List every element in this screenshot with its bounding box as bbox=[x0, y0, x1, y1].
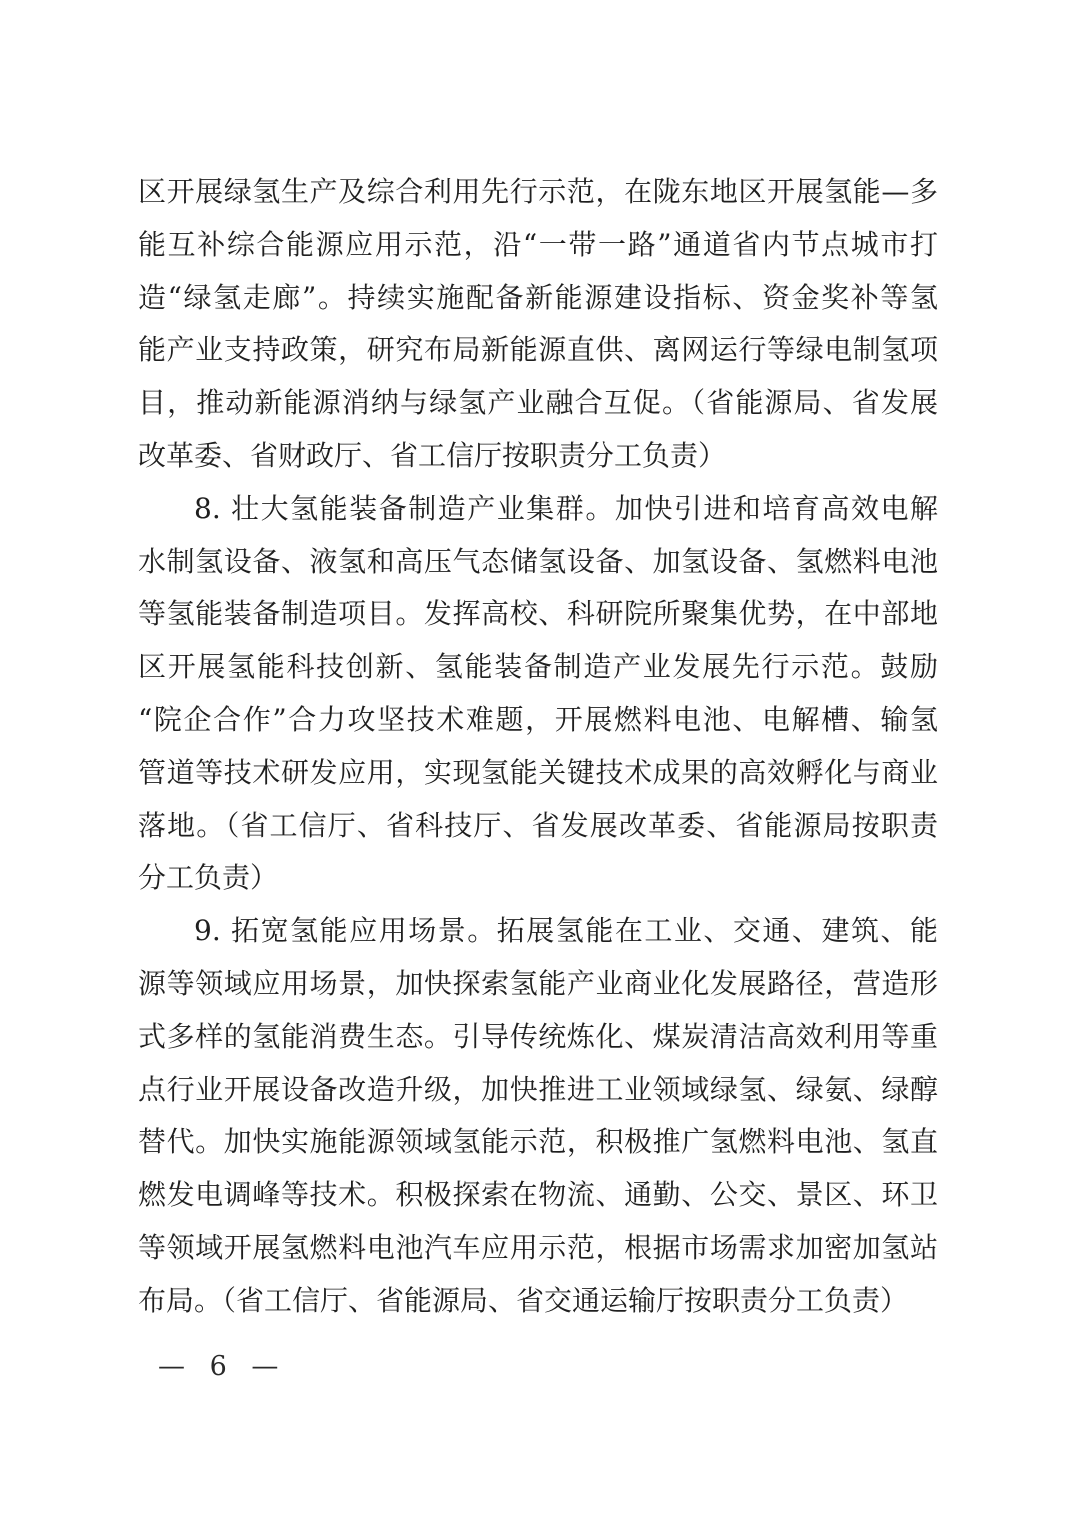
document-page: 区开展绿氢生产及综合利用先行示范，在陇东地区开展氢能—多 能互补综合能源应用示范… bbox=[0, 0, 1080, 1527]
text-line: 落地。（省工信厅、省科技厅、省发展改革委、省能源局按职责 bbox=[138, 800, 938, 853]
text-line: 能产业支持政策，研究布局新能源直供、离网运行等绿电制氢项 bbox=[138, 324, 938, 377]
page-number: — 6 — bbox=[158, 1352, 278, 1382]
text-line: 布局。（省工信厅、省能源局、省交通运输厅按职责分工负责） bbox=[138, 1275, 938, 1328]
text-line: 能互补综合能源应用示范，沿“一带一路”通道省内节点城市打 bbox=[138, 219, 938, 272]
text-line: 燃发电调峰等技术。积极探索在物流、通勤、公交、景区、环卫 bbox=[138, 1169, 938, 1222]
text-line: 造“绿氢走廊”。持续实施配备新能源建设指标、资金奖补等氢 bbox=[138, 272, 938, 325]
body-text: 区开展绿氢生产及综合利用先行示范，在陇东地区开展氢能—多 能互补综合能源应用示范… bbox=[138, 166, 938, 1328]
text-line: 水制氢设备、液氢和高压气态储氢设备、加氢设备、氢燃料电池 bbox=[138, 536, 938, 589]
text-line: 源等领域应用场景，加快探索氢能产业商业化发展路径，营造形 bbox=[138, 958, 938, 1011]
text-line: “院企合作”合力攻坚技术难题，开展燃料电池、电解槽、输氢 bbox=[138, 694, 938, 747]
text-line: 式多样的氢能消费生态。引导传统炼化、煤炭清洁高效利用等重 bbox=[138, 1011, 938, 1064]
text-line: 等领域开展氢燃料电池汽车应用示范，根据市场需求加密加氢站 bbox=[138, 1222, 938, 1275]
text-line: 改革委、省财政厅、省工信厅按职责分工负责） bbox=[138, 430, 938, 483]
text-line: 管道等技术研发应用，实现氢能关键技术成果的高效孵化与商业 bbox=[138, 747, 938, 800]
text-line: 点行业开展设备改造升级，加快推进工业领域绿氢、绿氨、绿醇 bbox=[138, 1064, 938, 1117]
text-line: 等氢能装备制造项目。发挥高校、科研院所聚集优势，在中部地 bbox=[138, 588, 938, 641]
text-line: 区开展氢能科技创新、氢能装备制造产业发展先行示范。鼓励 bbox=[138, 641, 938, 694]
text-line: 目，推动新能源消纳与绿氢产业融合互促。（省能源局、省发展 bbox=[138, 377, 938, 430]
paragraph-9-first-line: 9. 拓宽氢能应用场景。拓展氢能在工业、交通、建筑、能 bbox=[138, 905, 938, 958]
paragraph-8-first-line: 8. 壮大氢能装备制造产业集群。加快引进和培育高效电解 bbox=[138, 483, 938, 536]
text-line: 区开展绿氢生产及综合利用先行示范，在陇东地区开展氢能—多 bbox=[138, 166, 938, 219]
text-line: 分工负责） bbox=[138, 852, 938, 905]
text-line: 替代。加快实施能源领域氢能示范，积极推广氢燃料电池、氢直 bbox=[138, 1116, 938, 1169]
